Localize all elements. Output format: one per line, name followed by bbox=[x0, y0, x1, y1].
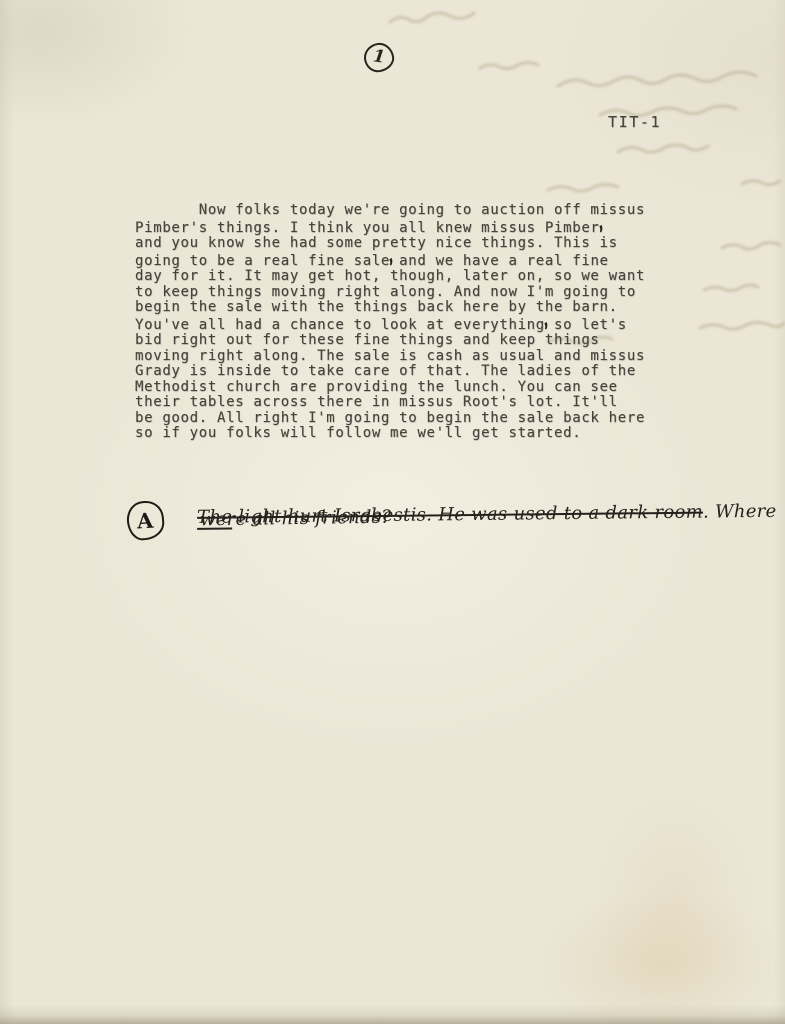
typed-text-segment: be good. All right I'm going to begin th… bbox=[135, 410, 645, 426]
typed-line: Grady is inside to take care of that. Th… bbox=[135, 364, 645, 380]
typed-text-segment: going to be a real fine sale bbox=[135, 253, 390, 269]
typed-text-segment: their tables across there in missus Root… bbox=[135, 394, 618, 410]
typed-text-segment: so let's bbox=[545, 317, 627, 333]
typed-text-segment: Methodist church are providing the lunch… bbox=[135, 379, 618, 395]
typed-text-segment: to keep things moving right along. And n… bbox=[135, 284, 636, 300]
typed-line: Methodist church are providing the lunch… bbox=[135, 380, 645, 396]
typed-text-segment: so if you folks will follow me we'll get… bbox=[135, 425, 581, 441]
typed-line: so if you folks will follow me we'll get… bbox=[135, 426, 645, 442]
typed-line: bid right out for these fine things and … bbox=[135, 333, 645, 349]
typed-line: to keep things moving right along. And n… bbox=[135, 285, 645, 301]
typed-line: and you know she had some pretty nice th… bbox=[135, 236, 645, 252]
typed-text-segment: and we have a real fine bbox=[390, 253, 609, 269]
page-number: 1 bbox=[372, 48, 386, 66]
typed-text-segment: day for it. It may get hot, though, late… bbox=[135, 268, 645, 284]
typed-line: moving right along. The sale is cash as … bbox=[135, 349, 645, 365]
manuscript-page: 1 TIT-1 Now folks today we're going to a… bbox=[0, 0, 785, 1024]
kept-text: . Where bbox=[703, 501, 777, 523]
typed-text-segment: Now folks today we're going to auction o… bbox=[135, 202, 645, 218]
typed-line: going to be a real fine sale, and we hav… bbox=[135, 252, 645, 270]
typed-line: begin the sale with the things back here… bbox=[135, 300, 645, 316]
typed-text-segment: You've all had a chance to look at every… bbox=[135, 317, 545, 333]
typed-text-segment: Grady is inside to take care of that. Th… bbox=[135, 363, 636, 379]
typed-line: You've all had a chance to look at every… bbox=[135, 316, 645, 334]
circled-margin-label: A bbox=[125, 499, 165, 541]
typed-text-segment: Pimber's things. I think you all knew mi… bbox=[135, 220, 600, 236]
typed-paragraph: Now folks today we're going to auction o… bbox=[135, 203, 645, 442]
page-header-code: TIT-1 bbox=[608, 113, 661, 131]
typed-line: Pimber's things. I think you all knew mi… bbox=[135, 219, 645, 237]
typed-line: day for it. It may get hot, though, late… bbox=[135, 269, 645, 285]
typed-text-segment: begin the sale with the things back here… bbox=[135, 299, 618, 315]
typed-line: be good. All right I'm going to begin th… bbox=[135, 411, 645, 427]
typed-text-segment: and you know she had some pretty nice th… bbox=[135, 235, 618, 251]
typed-text-segment: moving right along. The sale is cash as … bbox=[135, 348, 645, 364]
typed-text-segment: bid right out for these fine things and … bbox=[135, 332, 600, 348]
circled-page-number: 1 bbox=[362, 41, 396, 74]
typed-line: Now folks today we're going to auction o… bbox=[135, 203, 645, 219]
handwritten-annotation-line2: were all his friends? bbox=[200, 507, 392, 531]
typed-line: their tables across there in missus Root… bbox=[135, 395, 645, 411]
margin-label: A bbox=[137, 510, 154, 532]
